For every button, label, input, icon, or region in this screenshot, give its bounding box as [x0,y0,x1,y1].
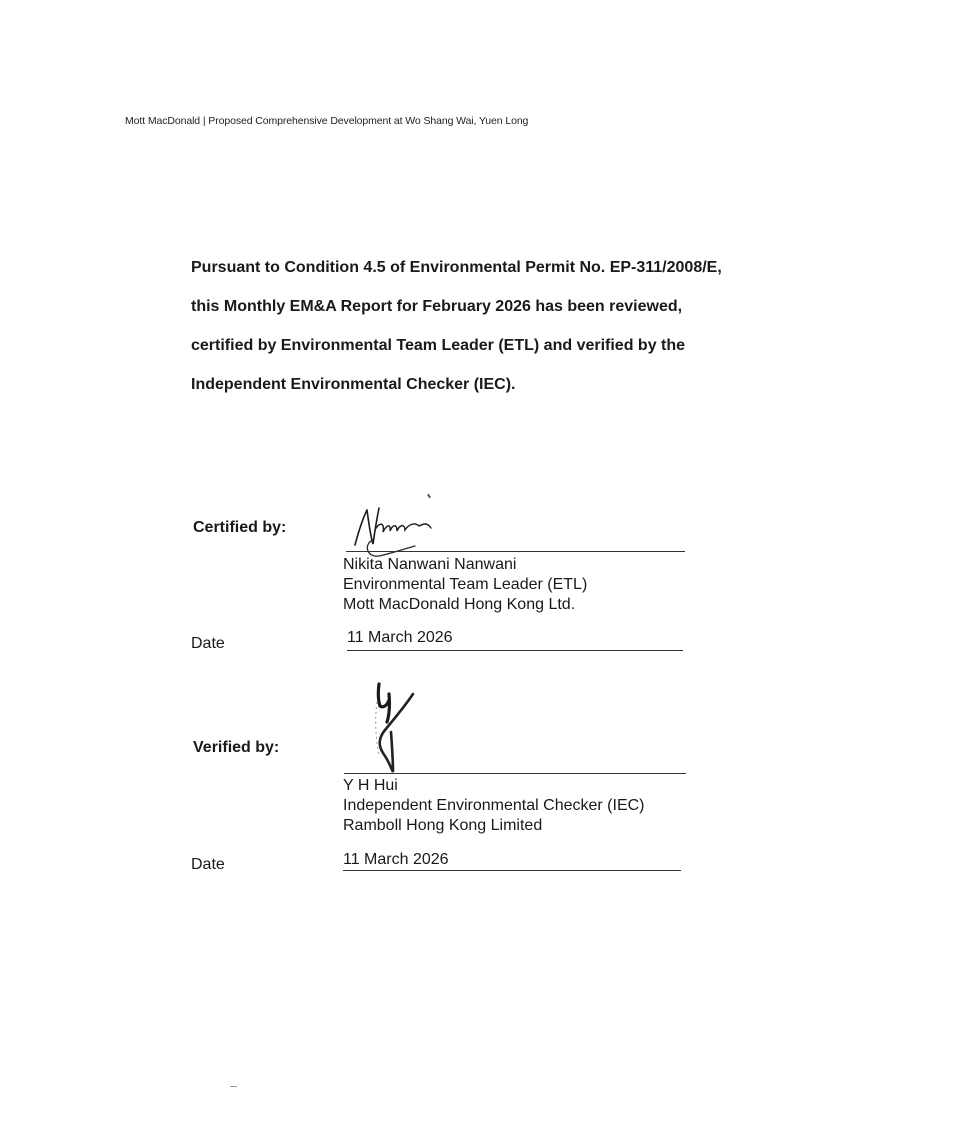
verified-date-label: Date [191,856,225,874]
certified-date: 11 March 2026 [347,629,453,647]
verified-date: 11 March 2026 [343,851,449,869]
statement-line: Pursuant to Condition 4.5 of Environment… [191,256,791,295]
verified-by-label: Verified by: [193,739,279,757]
verified-date-line [343,870,681,871]
signer-role: Independent Environmental Checker (IEC) [343,796,645,816]
verified-signer: Y H Hui Independent Environmental Checke… [343,776,645,836]
certified-signature-line [346,551,685,552]
signer-name: Nikita Nanwani Nanwani [343,555,587,575]
etl-signature-icon [345,500,445,562]
verified-signature-line [344,773,686,774]
statement-line: this Monthly EM&A Report for February 20… [191,295,791,334]
certified-date-label: Date [191,635,225,653]
signer-name: Y H Hui [343,776,645,796]
iec-signature-icon [365,676,425,776]
certified-by-label: Certified by: [193,519,286,537]
scan-speck [427,494,431,498]
page-header: Mott MacDonald | Proposed Comprehensive … [125,115,528,127]
certification-statement: Pursuant to Condition 4.5 of Environment… [191,256,791,412]
certified-date-line [347,650,683,651]
signer-organization: Ramboll Hong Kong Limited [343,816,645,836]
scan-speck [230,1086,237,1087]
statement-line: certified by Environmental Team Leader (… [191,334,791,373]
certified-signer: Nikita Nanwani Nanwani Environmental Tea… [343,555,587,615]
signer-organization: Mott MacDonald Hong Kong Ltd. [343,595,587,615]
statement-line: Independent Environmental Checker (IEC). [191,373,791,412]
signer-role: Environmental Team Leader (ETL) [343,575,587,595]
